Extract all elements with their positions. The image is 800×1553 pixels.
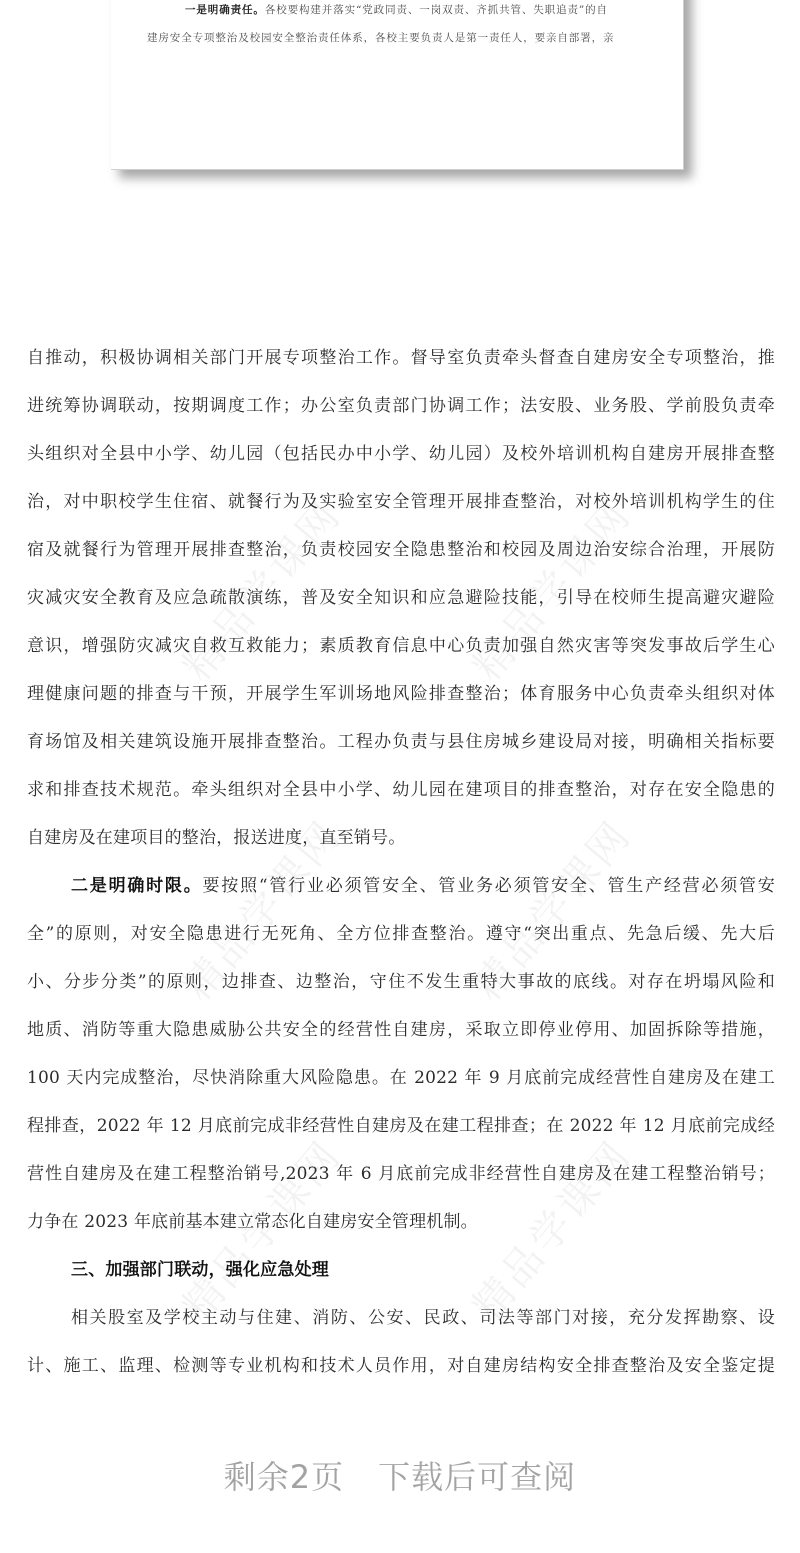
download-to-read-more-notice[interactable]: 剩余2页下载后可查阅 — [0, 1452, 800, 1498]
text-line: 自建房及在建项目的整治，报送进度，直至销号。 — [27, 824, 775, 872]
text-line: 100 天内完成整治，尽快消除重大风险隐患。在 2022 年 9 月底前完成经营… — [27, 1064, 775, 1112]
text-line: 宿及就餐行为管理开展排查整治，负责校园安全隐患整治和校园及周边治安综合治理，开展… — [27, 536, 775, 584]
paragraph-2-text: 要按照“管行业必须管安全、管业务必须管安全、管生产经营必须管安 — [203, 876, 776, 896]
section-3-heading: 三、加强部门联动，强化应急处理 — [27, 1256, 775, 1304]
text-line: 相关股室及学校主动与住建、消防、公安、民政、司法等部门对接，充分发挥勘察、设 — [27, 1304, 775, 1352]
paragraph-2-bold-lead: 二是明确时限。 — [71, 876, 203, 896]
previous-page-preview: 一是明确责任。各校要构建并落实“党政同责、一岗双责、齐抓共管、失职追责”的自 建… — [111, 0, 684, 170]
text-line: 程排查，2022 年 12 月底前完成非经营性自建房及在建工程排查；在 2022… — [27, 1112, 775, 1160]
text-line: 小、分步分类”的原则，边排查、边整治，守住不发生重特大事故的底线。对存在坍塌风险… — [27, 968, 775, 1016]
preview-line-2: 建房安全专项整治及校园安全整治责任体系，各校主要负责人是第一责任人，要亲自部署，… — [147, 30, 647, 45]
text-line: 地质、消防等重大隐患威胁公共安全的经营性自建房，采取立即停业停用、加固拆除等措施… — [27, 1016, 775, 1064]
text-line: 求和排查技术规范。牵头组织对全县中小学、幼儿园在建项目的排查整治，对存在安全隐患… — [27, 776, 775, 824]
text-line: 治，对中职校学生住宿、就餐行为及实验室安全管理开展排查整治，对校外培训机构学生的… — [27, 488, 775, 536]
text-line: 灾减灾安全教育及应急疏散演练，普及安全知识和应急避险技能，引导在校师生提高避灾避… — [27, 584, 775, 632]
text-line: 全”的原则，对安全隐患进行无死角、全方位排查整治。遵守“突出重点、先急后缓、先大… — [27, 920, 775, 968]
text-line: 自推动，积极协调相关部门开展专项整治工作。督导室负责牵头督查自建房安全专项整治，… — [27, 344, 775, 392]
download-hint-label: 下载后可查阅 — [378, 1458, 576, 1496]
remaining-pages-label: 剩余2页 — [224, 1458, 344, 1496]
preview-bold-lead: 一是明确责任。 — [185, 4, 265, 16]
preview-line-1-text: 各校要构建并落实“党政同责、一岗双责、齐抓共管、失职追责”的自 — [265, 4, 608, 16]
text-line: 进统筹协调联动，按期调度工作；办公室负责部门协调工作；法安股、业务股、学前股负责… — [27, 392, 775, 440]
text-line: 意识，增强防灾减灾自救互救能力；素质教育信息中心负责加强自然灾害等突发事故后学生… — [27, 632, 775, 680]
text-line: 营性自建房及在建工程整治销号,2023 年 6 月底前完成非经营性自建房及在建工… — [27, 1160, 775, 1208]
preview-line-1: 一是明确责任。各校要构建并落实“党政同责、一岗双责、齐抓共管、失职追责”的自 — [185, 2, 647, 17]
paragraph-2-first-line: 二是明确时限。要按照“管行业必须管安全、管业务必须管安全、管生产经营必须管安 — [27, 872, 775, 920]
text-line: 计、施工、监理、检测等专业机构和技术人员作用，对自建房结构安全排查整治及安全鉴定… — [27, 1352, 775, 1400]
text-line: 力争在 2023 年底前基本建立常态化自建房安全管理机制。 — [27, 1208, 775, 1256]
text-line: 理健康问题的排查与干预，开展学生军训场地风险排查整治；体育服务中心负责牵头组织对… — [27, 680, 775, 728]
text-line: 育场馆及相关建筑设施开展排查整治。工程办负责与县住房城乡建设局对接，明确相关指标… — [27, 728, 775, 776]
text-line: 头组织对全县中小学、幼儿园（包括民办中小学、幼儿园）及校外培训机构自建房开展排查… — [27, 440, 775, 488]
document-body: 自推动，积极协调相关部门开展专项整治工作。督导室负责牵头督查自建房安全专项整治，… — [27, 344, 775, 1400]
